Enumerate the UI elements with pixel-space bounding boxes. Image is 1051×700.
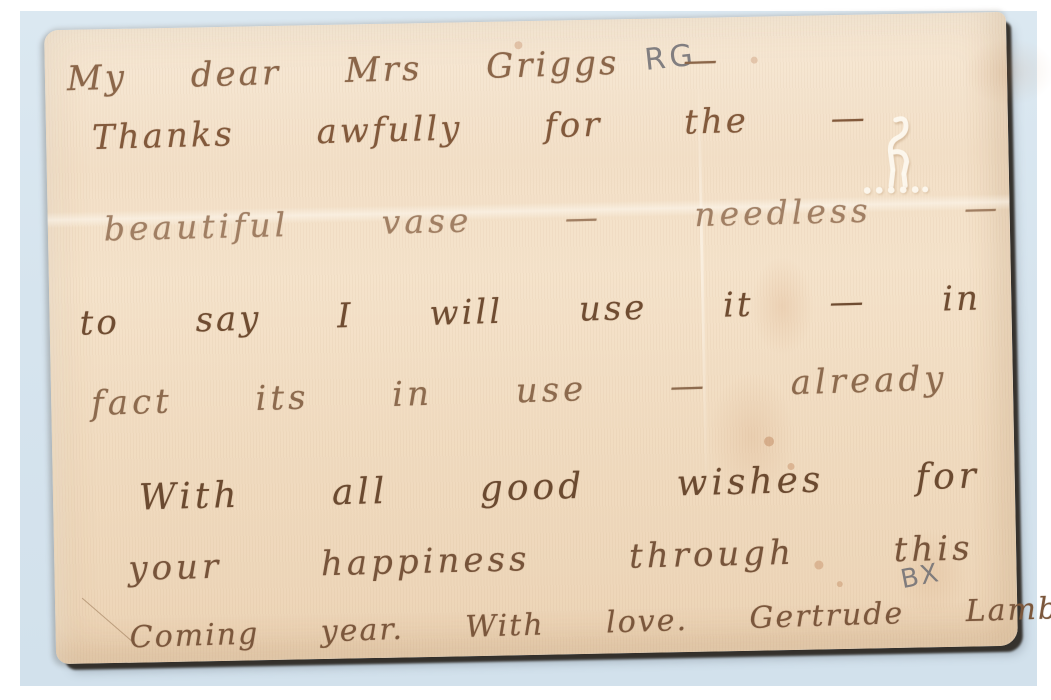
postcard: RG BX My dear Mrs Griggs — Thanks awfull… [44,12,1018,664]
stain-spot [949,26,1051,118]
handwriting-line-5: fact its in use — already [91,359,948,424]
handwriting-line-2: Thanks awfully for the — [92,98,869,158]
stain-spot [837,581,843,587]
handwriting-line-1: My dear Mrs Griggs — [66,40,720,99]
handwriting-line-6: With all good wishes for [138,455,980,518]
photo-backdrop: RG BX My dear Mrs Griggs — Thanks awfull… [20,11,1037,686]
handwriting-line-7: your happiness through this [128,528,974,589]
handwriting-line-4: to say I will use it — in [79,278,981,343]
stain-spot [764,436,774,446]
stain-spot [751,57,758,64]
handwriting-line-3: beautiful vase — needless — [103,188,1001,249]
handwriting-line-8: Coming year. With love. Gertrude Lamb [129,591,1051,655]
